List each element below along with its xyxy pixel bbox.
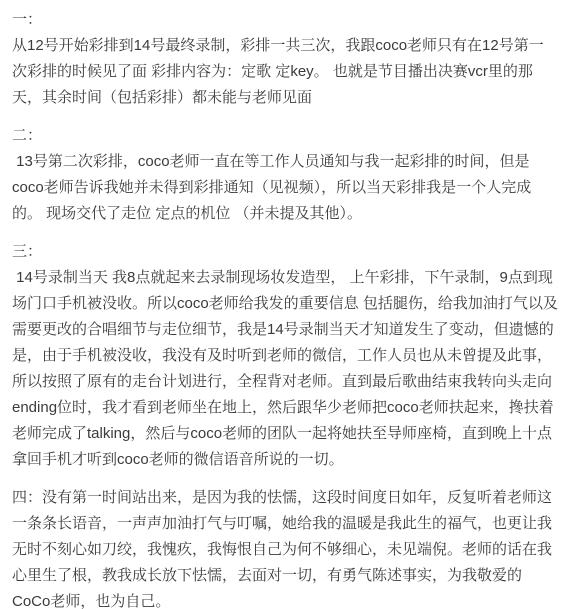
statement-section-one: 一： 从12号开始彩排到14号最终录制，彩排一共三次，我跟coco老师只有在12… bbox=[12, 7, 558, 111]
statement-article: 一： 从12号开始彩排到14号最终录制，彩排一共三次，我跟coco老师只有在12… bbox=[12, 7, 558, 609]
statement-section-three: 三： 14号录制当天 我8点就起来去录制现场妆发造型， 上午彩排，下午录制，9点… bbox=[12, 239, 558, 473]
statement-section-four: 四：没有第一时间站出来，是因为我的怯懦，这段时间度日如年，反复听着老师这一条条长… bbox=[12, 485, 558, 609]
statement-section-two: 二： 13号第二次彩排，coco老师一直在等工作人员通知与我一起彩排的时间，但是… bbox=[12, 123, 558, 227]
statement-page: 一： 从12号开始彩排到14号最终录制，彩排一共三次，我跟coco老师只有在12… bbox=[0, 0, 568, 609]
